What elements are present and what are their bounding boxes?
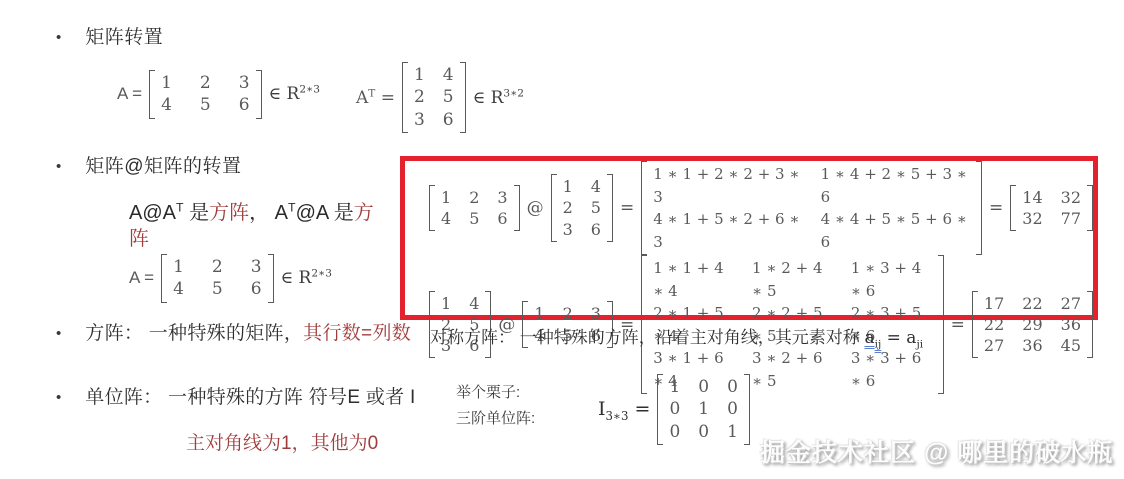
at-operator: @ (526, 198, 545, 218)
right-bracket-icon (514, 185, 520, 231)
text-segment: A = (129, 268, 154, 287)
text-segment: 2∗3 (299, 84, 320, 96)
text-segment: = (881, 328, 906, 348)
matrix-cell: 3 (563, 219, 573, 240)
formula-a2-membership: ∈ R2∗3 (281, 268, 332, 288)
right-bracket-icon (1087, 185, 1093, 231)
equation-ata: 142536 @ 123456 = 1 ∗ 1 + 4 ∗ 41 ∗ 2 + 4… (429, 255, 1093, 394)
text-segment: A = (117, 84, 142, 103)
matrix-cell: 0 (669, 421, 680, 443)
eq1-matrix-right: 142536 (551, 174, 613, 241)
right-bracket-icon (268, 254, 274, 303)
square-definition: 方阵： 一种特殊的矩阵，其行数=列数 (85, 322, 411, 346)
matrix-cell: 1 ∗ 3 + 4 ∗ 6 (851, 257, 932, 302)
matrix-cell: 3 (497, 187, 507, 208)
matrix-cell: 1 (727, 421, 738, 443)
symmetric-definition: 对称方阵： 一种特殊的方阵，沿着主对角线，其元素对称 aij = aji (430, 326, 923, 350)
matrix-cell: 6 (443, 109, 454, 131)
formula-a-transpose: AT = 142536 ∈ R3∗2 (356, 62, 524, 133)
left-bracket-icon (972, 291, 978, 358)
bullet-icon: • (56, 155, 61, 179)
eq1-expansion-matrix: 1 ∗ 1 + 2 ∗ 2 + 3 ∗ 31 ∗ 4 + 2 ∗ 5 + 3 ∗… (641, 161, 982, 255)
matrix-cell: 22 (984, 314, 1004, 335)
matrix-cell: 32 (1022, 208, 1042, 229)
text-segment: 3∗3 (606, 409, 629, 423)
text-segment: 其行数=列数 (303, 323, 411, 344)
matrix-cell: 2 (200, 72, 211, 94)
text-segment: 3∗2 (503, 87, 524, 99)
formula-at-label: AT = (356, 88, 395, 108)
example-line2: 三阶单位阵: (456, 406, 535, 432)
matrix-a-transpose: 142536 (402, 62, 466, 133)
text-segment: 2∗3 (311, 268, 332, 280)
matrix-cell: 0 (727, 376, 738, 398)
section-matmul-heading: • 矩阵@矩阵的转置 (56, 155, 242, 179)
section-matmul-title: 矩阵@矩阵的转置 (85, 155, 241, 179)
matrix-cell: 5 (212, 278, 223, 300)
matrix-cells: 123456 (158, 70, 252, 119)
matrix-cell: 6 (497, 208, 507, 229)
text-segment: ji (916, 338, 923, 350)
matrix-cell: 4 (591, 176, 601, 197)
right-bracket-icon (1087, 291, 1093, 358)
identity-formula: I3∗3 = 100010001 (598, 374, 750, 445)
matrix-cells: 14323277 (1019, 185, 1084, 231)
matrix-cell: 0 (727, 398, 738, 420)
matrix-cell: 1 (414, 64, 425, 86)
identity-red-note: 主对角线为1，其他为0 (186, 428, 378, 455)
matrix-cell: 4 (173, 278, 184, 300)
text-segment: 阵 (129, 228, 149, 250)
matrix-cell: 1 (441, 293, 451, 314)
right-bracket-icon (256, 70, 262, 119)
matrix-cell: 4 (443, 64, 454, 86)
matrix-cell: 3 (414, 109, 425, 131)
matrix-cell: 3 ∗ 2 + 6 ∗ 5 (752, 347, 833, 392)
identity-label: I3∗3 = (598, 398, 650, 421)
matrix-cell: 1 ∗ 4 + 2 ∗ 5 + 3 ∗ 6 (821, 163, 970, 208)
text-segment: I (598, 398, 606, 420)
matrix-a: 123456 (149, 70, 261, 119)
equation-aat: 123456 @ 142536 = 1 ∗ 1 + 2 ∗ 2 + 3 ∗ 31… (429, 161, 1093, 255)
bullet-icon: • (56, 26, 61, 50)
identity-example-label: 举个栗子: 三阶单位阵: (456, 380, 535, 432)
left-bracket-icon (402, 62, 408, 133)
matrix-cell: 6 (251, 278, 262, 300)
left-bracket-icon (657, 374, 663, 445)
matrix-cell: 5 (469, 208, 479, 229)
matrix-cell: 1 (669, 376, 680, 398)
matrix-cell: 36 (1022, 335, 1042, 356)
left-bracket-icon (161, 254, 167, 303)
text-segment: ， A (249, 202, 288, 224)
section-square-heading: • 方阵： 一种特殊的矩阵，其行数=列数 (56, 322, 411, 346)
formula-a: A = 123456 ∈ R2∗3 (117, 70, 320, 119)
bullet-icon: • (56, 386, 61, 410)
matrix-cell: 3 (239, 72, 250, 94)
matrix-cell: 4 (469, 293, 479, 314)
right-bracket-icon (976, 161, 982, 255)
matrix-cell: 27 (984, 335, 1004, 356)
text-segment: 对称方阵： 一种特殊的方阵，沿着主对角线，其元素对称 (430, 328, 864, 347)
matrix-cells: 142536 (411, 62, 457, 133)
matrix-cell: 0 (698, 421, 709, 443)
matrix-cell: 4 (441, 208, 451, 229)
matrix-cells: 142536 (560, 174, 604, 241)
matrix-a2: 123456 (161, 254, 273, 303)
matrix-cell: 5 (591, 197, 601, 218)
text-segment: = (628, 398, 650, 420)
formula-a-label: A = (117, 84, 142, 104)
watermark: 掘金技术社区 @ 哪里的破水瓶 (760, 433, 1113, 469)
text-segment: ∈ R (269, 84, 300, 104)
right-bracket-icon (460, 62, 466, 133)
matrix-cells: 1 ∗ 1 + 2 ∗ 2 + 3 ∗ 31 ∗ 4 + 2 ∗ 5 + 3 ∗… (650, 161, 973, 255)
matrix-cells: 123456 (170, 254, 264, 303)
matrix-cell: 2 (469, 187, 479, 208)
formula-a2: A = 123456 ∈ R2∗3 (129, 254, 332, 303)
matrix-cell: 1 (173, 256, 184, 278)
text-segment: A@A (129, 202, 176, 224)
matrix-cell: 32 (1061, 187, 1081, 208)
text-segment: 方阵： 一种特殊的矩阵， (85, 323, 303, 344)
matrix-cells: 100010001 (666, 374, 740, 445)
left-bracket-icon (429, 185, 435, 231)
matrix-cell: 17 (984, 293, 1004, 314)
matrix-cell: 3 (591, 303, 601, 324)
matrix-cell: 3 ∗ 3 + 6 ∗ 6 (851, 347, 932, 392)
matrix-cell: 2 (563, 303, 573, 324)
identity-matrix: 100010001 (657, 374, 749, 445)
right-bracket-icon (744, 374, 750, 445)
matrix-cell: 1 (698, 398, 709, 420)
matrix-cells: 123456 (438, 185, 511, 231)
matrix-cell: 1 ∗ 2 + 4 ∗ 5 (752, 257, 833, 302)
text-segment: a (864, 328, 874, 348)
text-segment: A (356, 88, 368, 108)
identity-definition: 单位阵： 一种特殊的方阵 符号E 或者 I (85, 386, 415, 410)
matrix-cell: 36 (1061, 314, 1081, 335)
matrix-cell: 4 ∗ 4 + 5 ∗ 5 + 6 ∗ 6 (821, 208, 970, 253)
text-segment: @A 是 (296, 202, 354, 224)
matrix-cell: 4 ∗ 1 + 5 ∗ 2 + 6 ∗ 3 (653, 208, 802, 253)
matrix-cell: 45 (1061, 335, 1081, 356)
right-bracket-icon (938, 255, 944, 394)
matrix-cell: 0 (669, 398, 680, 420)
matrix-cell: 1 (534, 303, 544, 324)
matrix-cell: 4 (161, 94, 172, 116)
matrix-cell: 3 (251, 256, 262, 278)
text-segment: 方 (354, 202, 374, 224)
left-bracket-icon (1010, 185, 1016, 231)
text-segment: 方阵 (209, 202, 249, 224)
formula-at-membership: ∈ R3∗2 (473, 88, 524, 108)
highlight-box: 123456 @ 142536 = 1 ∗ 1 + 2 ∗ 2 + 3 ∗ 31… (400, 156, 1098, 320)
matrix-cell: 5 (443, 86, 454, 108)
matrix-cell: 5 (200, 94, 211, 116)
slide-canvas: { "colors": { "text": "#333333", "math":… (0, 0, 1124, 479)
section-identity-heading: • 单位阵： 一种特殊的方阵 符号E 或者 I (56, 386, 416, 410)
matrix-cell: 22 (1022, 293, 1042, 314)
equals-sign: = (950, 315, 966, 335)
text-segment: 是 (184, 202, 210, 224)
matrix-cell: 2 (414, 86, 425, 108)
eq1-matrix-left: 123456 (429, 185, 520, 231)
text-segment: T (176, 200, 184, 214)
equals-sign: = (619, 198, 635, 218)
matrix-cell: 1 (161, 72, 172, 94)
matrix-cell: 6 (591, 219, 601, 240)
section-transpose-heading: • 矩阵转置 (56, 26, 163, 50)
matrix-cell: 1 ∗ 1 + 4 ∗ 4 (653, 257, 734, 302)
matrix-cell: 2 (563, 197, 573, 218)
section-transpose-title: 矩阵转置 (85, 26, 163, 50)
text-segment: 单位阵： 一种特殊的方阵 符号E 或者 I (85, 387, 415, 408)
equals-sign: = (988, 198, 1004, 218)
matmul-note: A@AT 是方阵， AT@A 是方 阵 A = 123456 ∈ R2∗3 (129, 200, 429, 303)
text-segment: a (906, 328, 916, 348)
matrix-cell: 27 (1061, 293, 1081, 314)
formula-a-membership: ∈ R2∗3 (269, 84, 320, 104)
left-bracket-icon (551, 174, 557, 241)
formula-a2-label: A = (129, 268, 154, 288)
matrix-cell: 14 (1022, 187, 1042, 208)
text-segment: T (288, 200, 296, 214)
right-bracket-icon (607, 174, 613, 241)
matrix-cell: 1 (563, 176, 573, 197)
left-bracket-icon (641, 161, 647, 255)
matmul-note-line1: A@AT 是方阵， AT@A 是方 (129, 200, 429, 226)
matrix-cell: 0 (698, 376, 709, 398)
text-segment: ∈ R (473, 88, 504, 108)
left-bracket-icon (149, 70, 155, 119)
matrix-cell: 1 (441, 187, 451, 208)
matmul-note-line2: 阵 (129, 226, 429, 252)
matrix-cells: 172227222936273645 (981, 291, 1084, 358)
eq2-result-matrix: 172227222936273645 (972, 291, 1093, 358)
eq1-result-matrix: 14323277 (1010, 185, 1093, 231)
matrix-cell: 6 (239, 94, 250, 116)
example-line1: 举个栗子: (456, 380, 535, 406)
text-segment: = (375, 88, 395, 108)
matrix-cell: 1 ∗ 1 + 2 ∗ 2 + 3 ∗ 3 (653, 163, 802, 208)
text-segment: ∈ R (281, 268, 312, 288)
bullet-icon: • (56, 322, 61, 346)
matrix-cell: 2 (212, 256, 223, 278)
matrix-cell: 29 (1022, 314, 1042, 335)
matrix-cell: 77 (1061, 208, 1081, 229)
